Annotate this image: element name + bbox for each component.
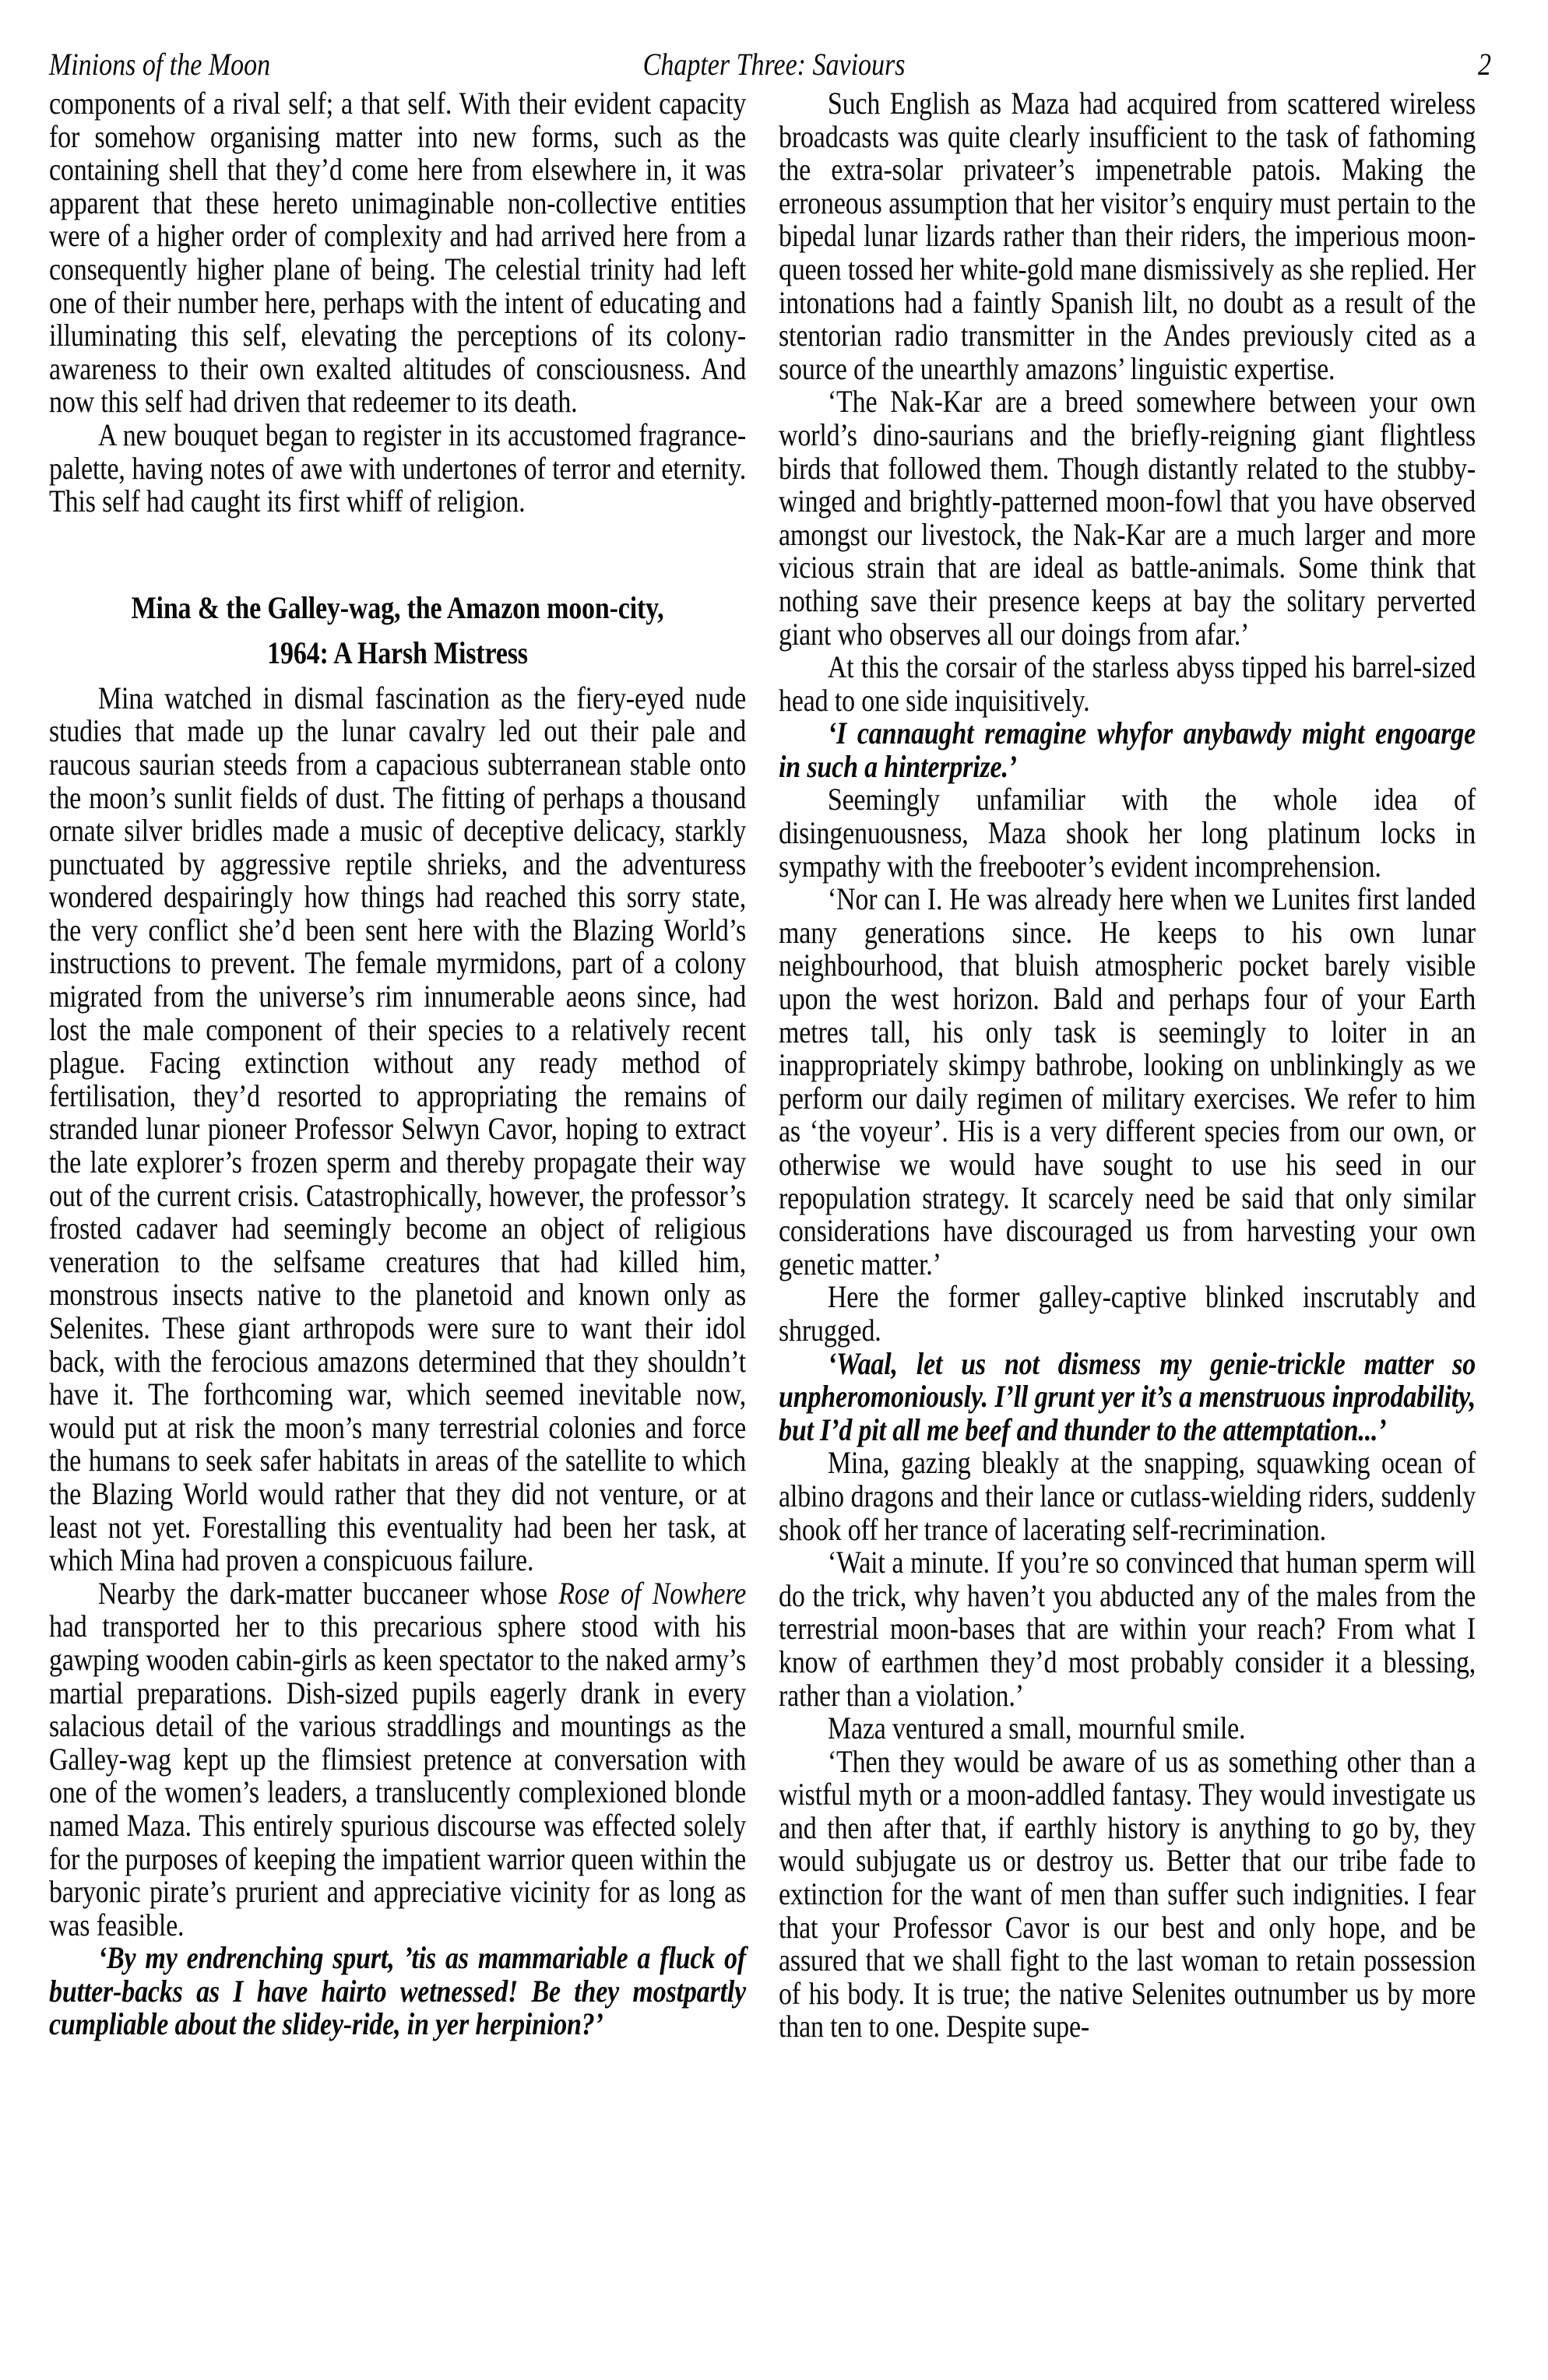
- book-title: Minions of the Moon: [49, 47, 270, 83]
- paragraph: ‘Then they would be aware of us as somet…: [779, 1745, 1476, 2044]
- paragraph: Mina watched in dismal fascination as th…: [49, 682, 746, 1577]
- paragraph: ‘Nor can I. He was already here when we …: [779, 883, 1476, 1281]
- paragraph: ‘Wait a minute. If you’re so convinced t…: [779, 1546, 1476, 1712]
- page-number: 2: [1478, 47, 1491, 83]
- dialect-paragraph: ‘Waal, let us not dismess my genie-trick…: [779, 1348, 1476, 1447]
- dialect-paragraph: ‘By my endrenching spurt, ’tis as mammar…: [49, 1942, 746, 2041]
- book-page: Minions of the Moon Chapter Three: Savio…: [0, 0, 1548, 2380]
- paragraph: A new bouquet began to register in its a…: [49, 419, 746, 519]
- paragraph: Nearby the dark-matter buccaneer whose R…: [49, 1577, 746, 1942]
- paragraph: Mina, gazing bleakly at the snapping, sq…: [779, 1447, 1476, 1546]
- paragraph: Here the former galley-captive blinked i…: [779, 1281, 1476, 1347]
- paragraph: ‘The Nak-Kar are a breed somewhere betwe…: [779, 385, 1476, 651]
- paragraph: components of a rival self; a that self.…: [49, 87, 746, 419]
- section-heading: Mina & the Galley-wag, the Amazon moon-c…: [49, 585, 746, 676]
- dialect-paragraph: ‘I cannaught remagine whyfor anybawdy mi…: [779, 717, 1476, 783]
- chapter-title: Chapter Three: Saviours: [643, 47, 906, 83]
- left-text-column: components of a rival self; a that self.…: [49, 87, 746, 2041]
- paragraph: Seemingly unfamiliar with the whole idea…: [779, 783, 1476, 883]
- paragraph: At this the corsair of the starless abys…: [779, 651, 1476, 717]
- paragraph: Such English as Maza had acquired from s…: [779, 87, 1476, 385]
- paragraph: Maza ventured a small, mournful smile.: [779, 1712, 1476, 1745]
- right-text-column: Such English as Maza had acquired from s…: [779, 87, 1476, 2044]
